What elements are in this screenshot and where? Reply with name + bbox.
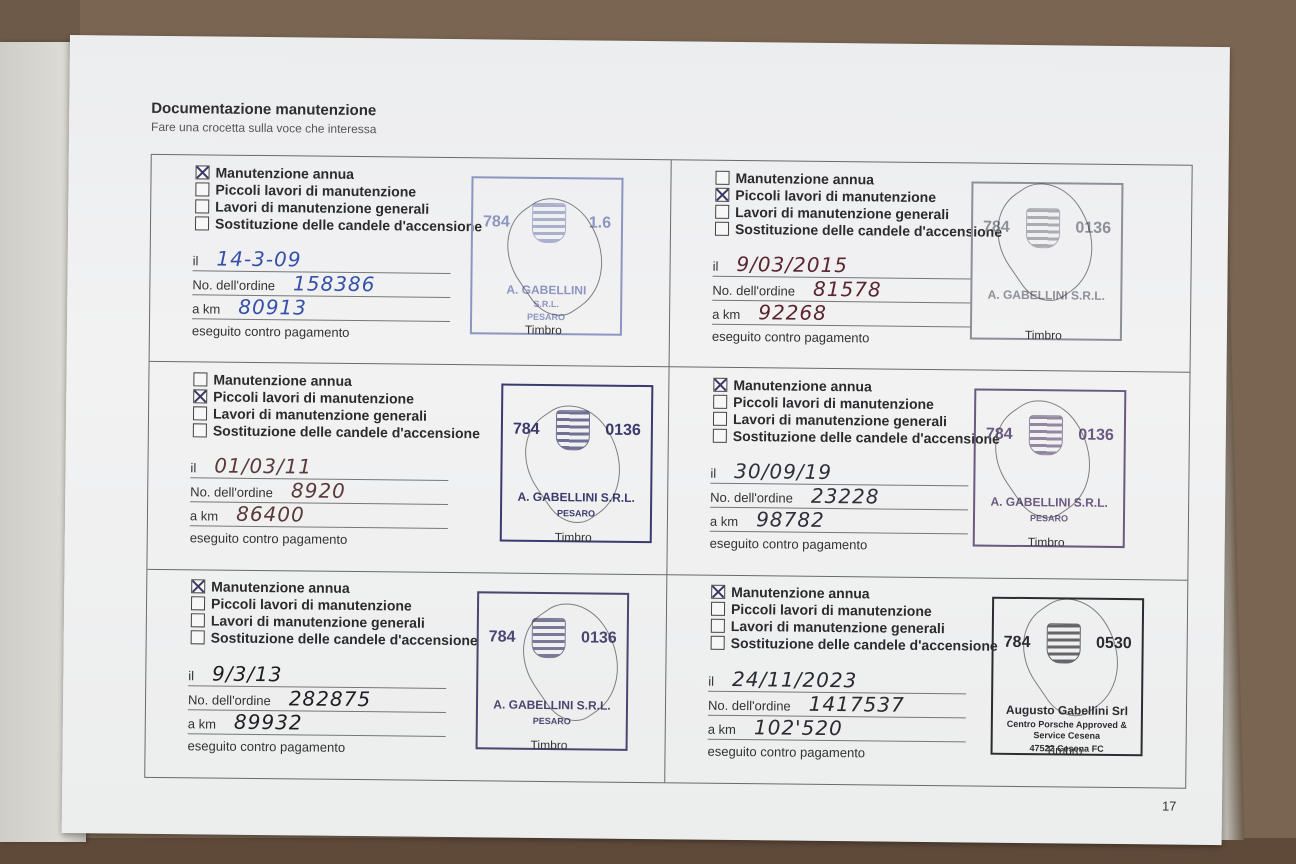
stamp-code-right: 0530: [1096, 634, 1132, 652]
date-value: 9/3/13: [212, 661, 283, 686]
order-number-label: No. dell'ordine: [188, 692, 271, 710]
km-value: 102'520: [754, 715, 843, 740]
km-label: a km: [190, 509, 218, 526]
service-option-label: Lavori di manutenzione generali: [213, 405, 427, 423]
paid-label: eseguito contro pagamento: [192, 323, 450, 341]
service-type-checklist: Manutenzione annuaPiccoli lavori di manu…: [191, 578, 479, 649]
order-number-value: 158386: [293, 271, 376, 296]
stamp-dealer-detail: S.R.L.: [533, 299, 559, 310]
stamp-dealer-name: A. GABELLINI S.R.L.: [988, 288, 1105, 303]
porsche-crest-icon: [555, 410, 589, 450]
service-option[interactable]: Sostituzione delle candele d'accensione: [191, 629, 478, 649]
maintenance-entry: Manutenzione annuaPiccoli lavori di manu…: [670, 160, 1192, 373]
stamp-code-right: 0136: [581, 629, 617, 647]
service-option-label: Sostituzione delle candele d'accensione: [731, 635, 998, 654]
checked-checkbox[interactable]: [196, 165, 210, 179]
km-value: 89932: [234, 709, 303, 734]
stamp-dealer-city: PESARO: [1030, 513, 1068, 524]
service-option-label: Manutenzione annua: [213, 371, 352, 388]
stamp-code-right: 1.6: [589, 214, 611, 232]
porsche-crest-icon: [1046, 623, 1080, 663]
service-option-label: Sostituzione delle candele d'accensione: [735, 220, 1002, 239]
porsche-crest-icon: [531, 618, 565, 658]
entry-fields: il 01/03/11 No. dell'ordine 8920 a km 86…: [190, 455, 449, 549]
maintenance-record-grid: Manutenzione annuaPiccoli lavori di manu…: [144, 154, 1192, 789]
order-number-field[interactable]: No. dell'ordine 23228: [710, 484, 968, 511]
stamp-dealer-name: A. GABELLINI S.R.L.: [493, 697, 610, 712]
stamp-dealer-name: A. GABELLINI S.R.L.: [517, 490, 634, 505]
booklet-page: Documentazione manutenzione Fare una cro…: [62, 35, 1230, 845]
dealer-stamp: 784 0136 PORSCHE A. GABELLINI S.R.L.: [970, 181, 1124, 341]
service-option-label: Piccoli lavori di manutenzione: [733, 394, 934, 412]
stamp-code-left: 784: [1004, 633, 1031, 651]
stamp-label: Timbro: [1045, 743, 1082, 757]
date-value: 14-3-09: [216, 247, 301, 272]
service-option-label: Sostituzione delle candele d'accensione: [733, 428, 1000, 447]
stamp-label: Timbro: [1025, 328, 1062, 342]
stamp-dealer-name: A. GABELLINI: [506, 283, 586, 298]
service-option-label: Manutenzione annua: [215, 164, 354, 181]
service-option-label: Lavori di manutenzione generali: [733, 411, 947, 429]
service-option-label: Manutenzione annua: [731, 584, 870, 601]
checkbox[interactable]: [191, 596, 205, 610]
km-label: a km: [712, 307, 740, 324]
date-field[interactable]: il 9/03/2015: [713, 253, 971, 280]
order-number-value: 8920: [291, 479, 346, 504]
date-value: 01/03/11: [214, 454, 312, 479]
stamp-dealer-name: Augusto Gabellini Srl: [1006, 702, 1128, 717]
checked-checkbox[interactable]: [715, 187, 729, 201]
service-option-label: Lavori di manutenzione generali: [735, 203, 949, 221]
date-label: il: [193, 253, 199, 270]
porsche-crest-icon: [532, 203, 566, 243]
date-field[interactable]: il 24/11/2023: [708, 667, 966, 694]
paid-label: eseguito contro pagamento: [710, 536, 968, 554]
order-number-label: No. dell'ordine: [192, 277, 275, 295]
date-field[interactable]: il 14-3-09: [193, 247, 451, 274]
stamp-numbers: 784 0530: [1003, 622, 1131, 663]
checkbox[interactable]: [193, 372, 207, 386]
checkbox[interactable]: [193, 423, 207, 437]
order-number-value: 23228: [811, 484, 880, 509]
service-option[interactable]: Sostituzione delle candele d'accensione: [195, 214, 482, 234]
service-option[interactable]: Sostituzione delle candele d'accensione: [713, 427, 1000, 447]
km-value: 98782: [756, 508, 825, 533]
entry-fields: il 24/11/2023 No. dell'ordine 1417537 a …: [707, 667, 966, 761]
service-option-label: Piccoli lavori di manutenzione: [731, 601, 932, 619]
checkbox[interactable]: [711, 602, 725, 616]
stamp-dealer-name: A. GABELLINI S.R.L.: [990, 495, 1107, 510]
date-field[interactable]: il 30/09/19: [710, 460, 968, 487]
checkbox[interactable]: [193, 406, 207, 420]
service-option-label: Sostituzione delle candele d'accensione: [211, 630, 478, 649]
order-number-field[interactable]: No. dell'ordine 1417537: [708, 691, 966, 718]
service-option-label: Piccoli lavori di manutenzione: [213, 388, 414, 406]
checkbox[interactable]: [191, 613, 205, 627]
entry-fields: il 14-3-09 No. dell'ordine 158386 a km 8…: [192, 247, 451, 341]
stamp-code-right: 0136: [1078, 427, 1114, 445]
dealer-stamp: 784 0136 PORSCHE A. GABELLINI S.R.L. PES…: [500, 384, 654, 544]
stamp-dealer-city: PESARO: [527, 312, 565, 323]
order-number-value: 282875: [289, 686, 372, 711]
paid-label: eseguito contro pagamento: [187, 738, 445, 756]
service-type-checklist: Manutenzione annuaPiccoli lavori di manu…: [713, 376, 1001, 447]
service-option-label: Manutenzione annua: [733, 377, 872, 394]
entry-fields: il 30/09/19 No. dell'ordine 23228 a km 9…: [710, 460, 969, 554]
service-option-label: Lavori di manutenzione generali: [211, 613, 425, 631]
dealer-stamp: 784 1.6 PORSCHE A. GABELLINI S.R.L. PESA…: [470, 176, 624, 336]
checkbox[interactable]: [195, 216, 209, 230]
km-field[interactable]: a km 98782: [710, 508, 968, 535]
stamp-brand: PORSCHE: [526, 464, 627, 487]
maintenance-entry: Manutenzione annuaPiccoli lavori di manu…: [665, 575, 1187, 788]
porsche-crest-icon: [1025, 208, 1059, 248]
km-label: a km: [710, 514, 738, 531]
stamp-brand: PORSCHE: [1017, 677, 1118, 700]
stamp-numbers: 784 0136: [983, 208, 1111, 249]
service-option[interactable]: Sostituzione delle candele d'accensione: [715, 220, 1002, 240]
stamp-code-left: 784: [483, 213, 510, 231]
service-type-checklist: Manutenzione annuaPiccoli lavori di manu…: [715, 169, 1003, 240]
maintenance-entry: Manutenzione annuaPiccoli lavori di manu…: [667, 368, 1189, 581]
dealer-stamp: 784 0530 PORSCHE Augusto Gabellini Srl C…: [991, 596, 1145, 756]
stamp-numbers: 784 0136: [489, 617, 617, 658]
service-type-checklist: Manutenzione annuaPiccoli lavori di manu…: [193, 371, 481, 442]
order-number-label: No. dell'ordine: [712, 283, 795, 301]
stamp-brand: PORSCHE: [999, 469, 1100, 492]
date-label: il: [188, 668, 194, 685]
checked-checkbox[interactable]: [193, 389, 207, 403]
order-number-label: No. dell'ordine: [708, 697, 791, 715]
stamp-code-right: 0136: [605, 422, 641, 440]
stamp-dealer-city: PESARO: [557, 508, 595, 519]
checkbox[interactable]: [191, 630, 205, 644]
date-field[interactable]: il 01/03/11: [190, 455, 448, 482]
km-value: 86400: [236, 502, 305, 527]
date-label: il: [710, 466, 716, 483]
checkbox[interactable]: [715, 170, 729, 184]
checked-checkbox[interactable]: [191, 579, 205, 593]
checked-checkbox[interactable]: [711, 585, 725, 599]
dealer-stamp: 784 0136 PORSCHE A. GABELLINI S.R.L. PES…: [973, 389, 1127, 549]
maintenance-entry: Manutenzione annuaPiccoli lavori di manu…: [145, 569, 667, 782]
service-option[interactable]: Sostituzione delle candele d'accensione: [711, 634, 998, 654]
date-field[interactable]: il 9/3/13: [188, 662, 446, 689]
paid-label: eseguito contro pagamento: [712, 329, 970, 347]
checkbox[interactable]: [195, 182, 209, 196]
date-label: il: [190, 461, 196, 478]
service-option-label: Manutenzione annua: [211, 579, 350, 596]
order-number-value: 1417537: [809, 691, 905, 716]
service-option-label: Piccoli lavori di manutenzione: [735, 186, 936, 204]
service-option-label: Lavori di manutenzione generali: [731, 618, 945, 636]
km-label: a km: [708, 721, 736, 738]
maintenance-entry: Manutenzione annuaPiccoli lavori di manu…: [147, 362, 669, 575]
checkbox[interactable]: [715, 221, 729, 235]
order-number-field[interactable]: No. dell'ordine 282875: [188, 686, 446, 713]
stamp-label: Timbro: [525, 323, 562, 337]
stamp-numbers: 784 1.6: [483, 202, 611, 243]
checkbox[interactable]: [195, 199, 209, 213]
date-label: il: [713, 259, 719, 276]
km-field[interactable]: a km 86400: [190, 503, 448, 530]
porsche-crest-icon: [1028, 415, 1062, 455]
page-instructions: Fare una crocetta sulla voce che interes…: [151, 120, 377, 136]
km-label: a km: [188, 716, 216, 733]
service-type-checklist: Manutenzione annuaPiccoli lavori di manu…: [195, 163, 483, 234]
checkbox[interactable]: [713, 412, 727, 426]
stamp-label: Timbro: [555, 530, 592, 544]
stamp-code-left: 784: [513, 421, 540, 439]
km-value: 80913: [238, 295, 307, 320]
stamp-label: Timbro: [531, 738, 568, 752]
paid-label: eseguito contro pagamento: [190, 531, 448, 549]
km-label: a km: [192, 301, 220, 318]
service-option-label: Manutenzione annua: [735, 169, 874, 186]
service-type-checklist: Manutenzione annuaPiccoli lavori di manu…: [711, 583, 999, 654]
order-number-field[interactable]: No. dell'ordine 81578: [712, 277, 970, 304]
entry-fields: il 9/03/2015 No. dell'ordine 81578 a km …: [712, 253, 971, 347]
checkbox[interactable]: [713, 429, 727, 443]
checkbox[interactable]: [713, 395, 727, 409]
service-option-label: Piccoli lavori di manutenzione: [215, 181, 416, 199]
stamp-code-left: 784: [489, 628, 516, 646]
paid-label: eseguito contro pagamento: [707, 743, 965, 761]
stamp-code-left: 784: [983, 219, 1010, 237]
date-value: 9/03/2015: [736, 252, 848, 277]
date-value: 30/09/19: [734, 459, 832, 484]
order-number-label: No. dell'ordine: [710, 490, 793, 508]
stamp-dealer-city: PESARO: [533, 716, 571, 727]
service-option[interactable]: Sostituzione delle candele d'accensione: [193, 422, 480, 442]
entry-fields: il 9/3/13 No. dell'ordine 282875 a km 89…: [187, 662, 446, 756]
km-field[interactable]: a km 102'520: [708, 715, 966, 742]
checkbox[interactable]: [711, 619, 725, 633]
maintenance-entry: Manutenzione annuaPiccoli lavori di manu…: [150, 155, 672, 368]
dealer-stamp: 784 0136 PORSCHE A. GABELLINI S.R.L. PES…: [476, 591, 630, 751]
date-label: il: [708, 673, 714, 690]
stamp-code-left: 784: [986, 426, 1013, 444]
order-number-field[interactable]: No. dell'ordine 158386: [192, 271, 450, 298]
date-value: 24/11/2023: [732, 667, 858, 692]
page-title: Documentazione manutenzione: [151, 100, 376, 119]
stamp-code-right: 0136: [1075, 220, 1111, 238]
stamp-brand: PORSCHE: [996, 262, 1097, 285]
checkbox[interactable]: [715, 204, 729, 218]
service-option-label: Sostituzione delle candele d'accensione: [215, 215, 482, 234]
stamp-dealer-detail: Centro Porsche Approved & Service Cesena: [993, 718, 1141, 742]
service-option-label: Lavori di manutenzione generali: [215, 198, 429, 216]
service-option-label: Sostituzione delle candele d'accensione: [213, 422, 480, 441]
km-field[interactable]: a km 80913: [192, 295, 450, 322]
stamp-brand: PORSCHE: [502, 671, 603, 694]
order-number-field[interactable]: No. dell'ordine 8920: [190, 479, 448, 506]
page-number: 17: [1162, 798, 1177, 813]
stamp-brand: PORSCHE: [496, 256, 597, 279]
order-number-value: 81578: [813, 277, 882, 302]
order-number-label: No. dell'ordine: [190, 485, 273, 503]
km-value: 92268: [758, 300, 827, 325]
stamp-label: Timbro: [1028, 535, 1065, 549]
stamp-numbers: 784 0136: [986, 415, 1114, 456]
checked-checkbox[interactable]: [713, 378, 727, 392]
service-option-label: Piccoli lavori di manutenzione: [211, 596, 412, 614]
stamp-numbers: 784 0136: [513, 410, 641, 451]
checkbox[interactable]: [711, 636, 725, 650]
km-field[interactable]: a km 92268: [712, 301, 970, 328]
km-field[interactable]: a km 89932: [188, 710, 446, 737]
